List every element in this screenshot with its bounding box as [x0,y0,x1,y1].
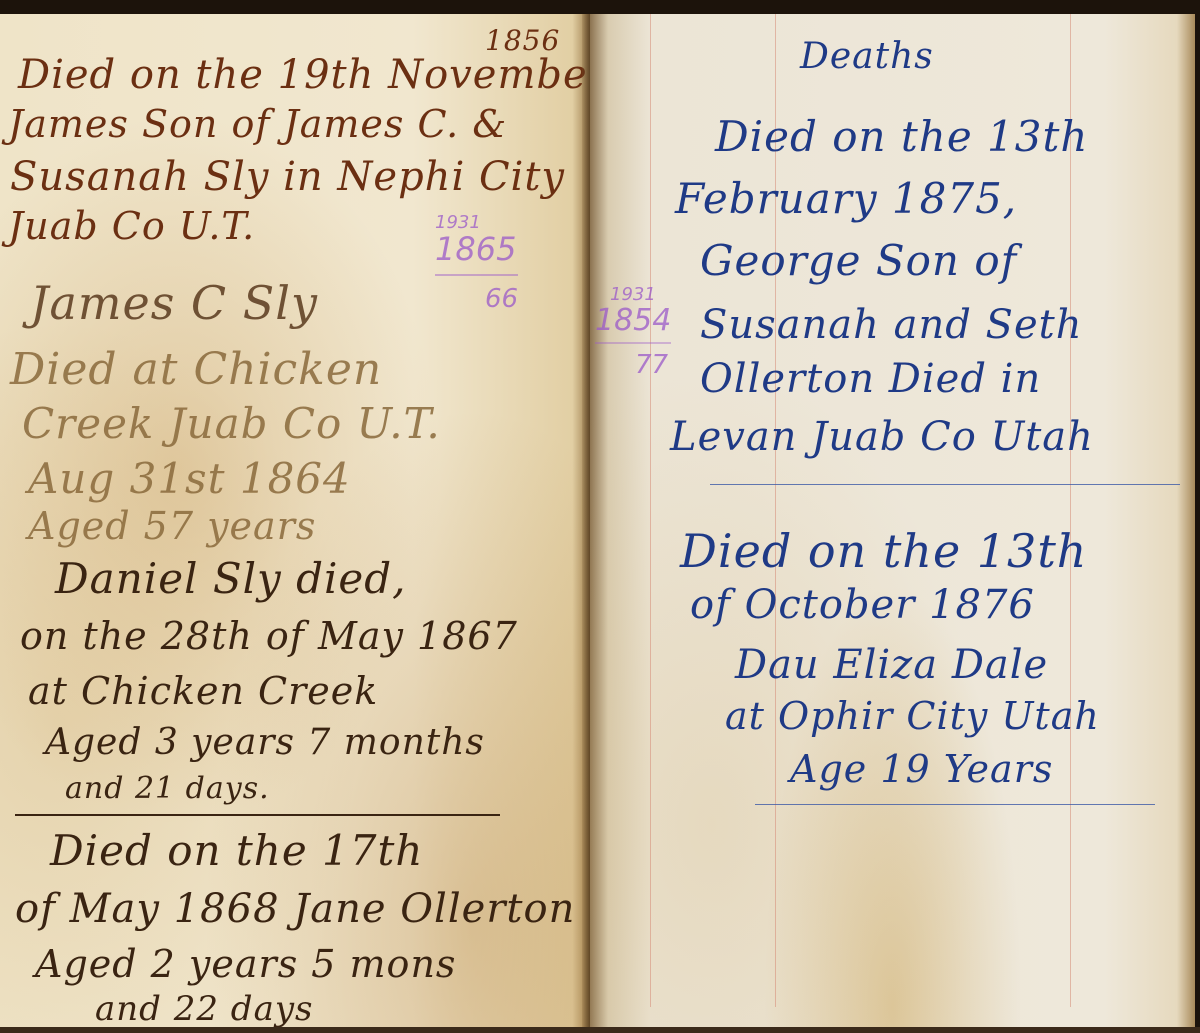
entry-line: Levan Juab Co Utah [670,414,1094,460]
page-title: Deaths [800,36,934,77]
entry-line: of October 1876 [690,582,1035,628]
entry-line: Ollerton Died in [700,356,1041,402]
stamp-line: 1865 [435,233,518,277]
entry-line: at Chicken Creek [28,669,378,713]
entry-line: Daniel Sly died, [55,554,407,603]
entry-line: Juab Co U.T. [8,204,255,248]
margin-rule [775,14,776,1007]
entry-line: Susanah and Seth [700,302,1082,348]
entry-line: of May 1868 Jane Ollerton [15,886,575,932]
left-page: 1856 Died on the 19th November James Son… [0,14,590,1027]
entry-separator [710,484,1180,485]
stamp-line: 66 [485,286,518,313]
entry-line: February 1875, [675,174,1017,223]
entry-line: Aged 2 years 5 mons [35,942,456,986]
archive-stamp-left: 1931 1865 66 [435,214,518,314]
entry-line: Susanah Sly in Nephi City [10,154,565,200]
right-page: 1931 1854 77 Deaths Died on the 13th Feb… [590,14,1195,1027]
entry-line: and 21 days. [65,771,270,806]
open-register-book: 1856 Died on the 19th November James Son… [0,0,1200,1033]
entry-line: at Ophir City Utah [725,694,1100,738]
entry-line: Died at Chicken [10,344,382,395]
entry-line: and 22 days [95,989,314,1027]
archive-stamp-right: 1931 1854 77 [595,286,671,380]
entry-line: Dau Eliza Dale [735,642,1048,688]
entry-line: George Son of [700,236,1017,285]
entry-line: Died on the 17th [50,826,423,875]
margin-rule [650,14,651,1007]
entry-line: James Son of James C. & [8,102,507,146]
entry-line: Died on the 13th [680,524,1087,578]
entry-line: James C Sly [30,276,318,330]
entry-line: Aged 3 years 7 months [45,722,485,763]
entry-line: on the 28th of May 1867 [20,614,518,658]
entry-line: Creek Juab Co U.T. [22,399,441,448]
entry-separator [15,814,500,816]
entry-line: Age 19 Years [790,747,1053,791]
stamp-line: 1854 [595,305,671,345]
entry-line: Died on the 13th [715,112,1088,161]
margin-rule [1070,14,1071,1007]
entry-line: Died on the 19th November [18,52,590,98]
entry-separator [755,804,1155,805]
entry-line: Aged 57 years [28,504,316,548]
page-bottom-edge [0,1027,1200,1033]
stamp-line: 77 [635,352,671,379]
entry-line: Aug 31st 1864 [28,454,351,503]
